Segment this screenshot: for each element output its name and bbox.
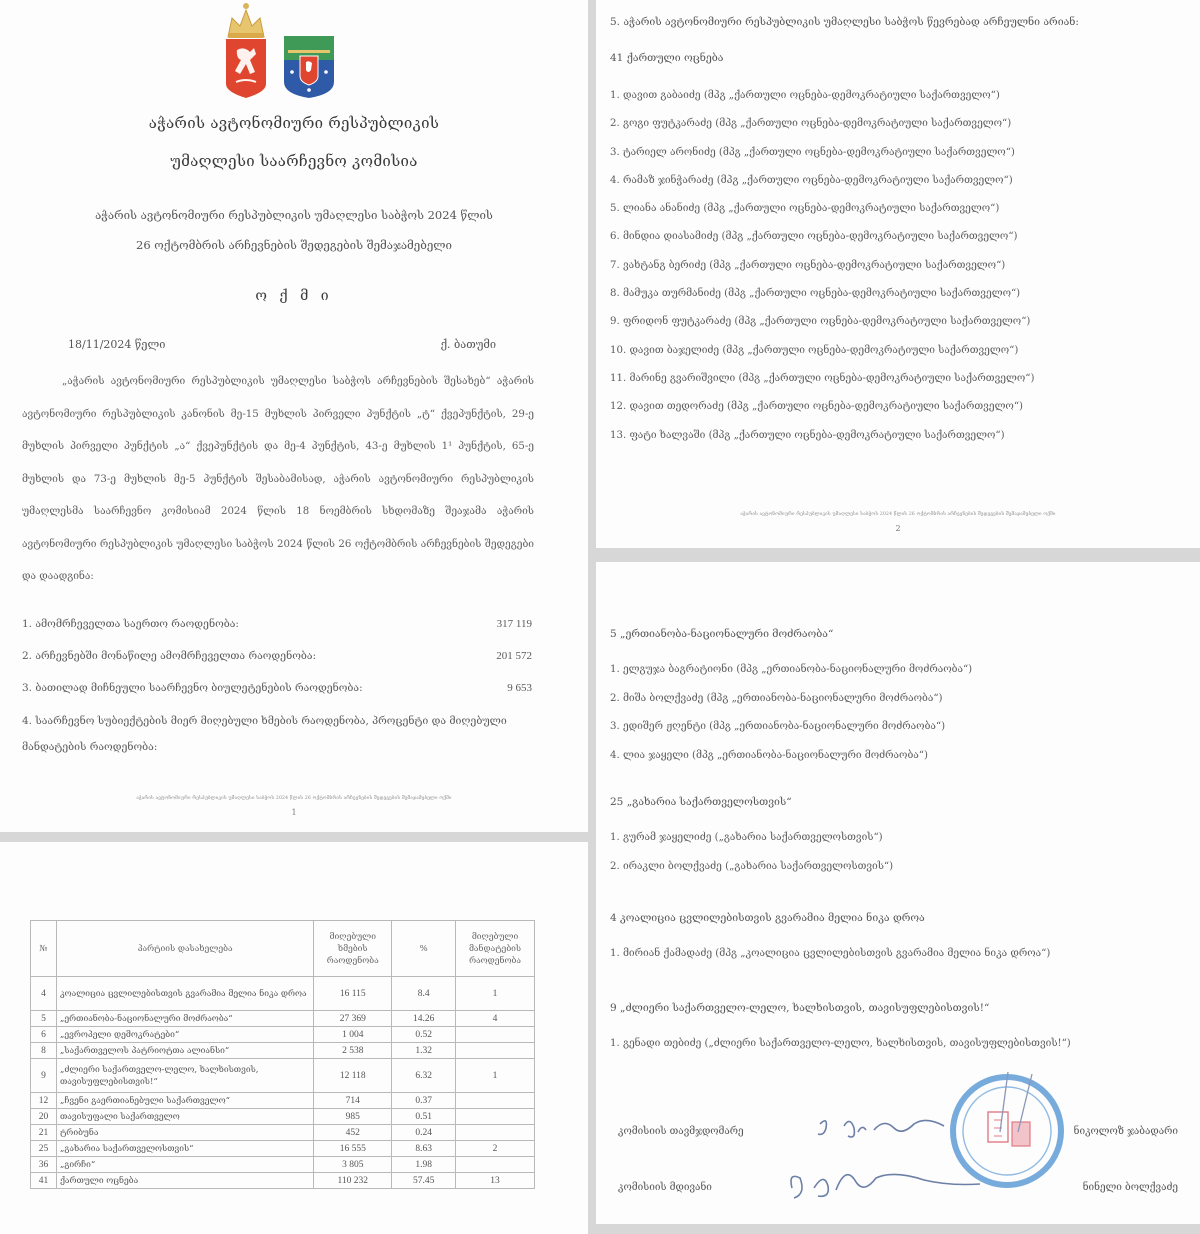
cell-number: 5 [31, 1011, 57, 1027]
table-row: 36„გირჩი“3 8051.98 [31, 1157, 535, 1173]
cell-percent: 14.26 [392, 1011, 456, 1027]
cell-votes: 1 004 [314, 1027, 392, 1043]
results-table-body: 4კოალიცია ცვლილებისთვის გვარამია მელია ნ… [31, 977, 535, 1189]
cell-mandates: 1 [456, 977, 535, 1011]
protocol-subtitle-line1: აჭარის ავტონომიური რესპუბლიკის უმაღლესი … [0, 208, 588, 222]
cell-votes: 16 115 [314, 977, 392, 1011]
candidate-item: 8. მამუკა თურმანიძე (მპგ „ქართული ოცნება… [610, 284, 1034, 312]
cell-percent: 57.45 [392, 1173, 456, 1189]
stat-label: 1. ამომრჩეველთა საერთო რაოდენობა: [22, 612, 239, 644]
stat-value: 9 653 [507, 676, 532, 708]
candidate-item: 13. ფატი ხალვაში (მპგ „ქართული ოცნება-დე… [610, 426, 1034, 454]
elected-member-list: 1. გურამ ჯაყელიძე („გახარია საქართველოსთ… [610, 828, 893, 885]
party-section-heading: 25 „გახარია საქართველოსთვის“ [610, 796, 792, 808]
cell-number: 20 [31, 1109, 57, 1125]
cell-votes: 3 805 [314, 1157, 392, 1173]
document-page-1: აჭარის ავტონომიური რესპუბლიკის უმაღლესი … [0, 0, 588, 832]
stat-label: 3. ბათილად მიჩნეული საარჩევნო ბიულეტენებ… [22, 676, 363, 708]
summary-stats: 1. ამომრჩეველთა საერთო რაოდენობა: 317 11… [22, 612, 532, 760]
table-row: 25„გახარია საქართველოსთვის“16 5558.632 [31, 1141, 535, 1157]
commission-title-line2: უმაღლესი საარჩევნო კომისია [0, 152, 588, 170]
cell-party: კოალიცია ცვლილებისთვის გვარამია მელია ნი… [56, 977, 313, 1011]
col-header-number: № [31, 921, 57, 977]
candidate-item: 5. ლიანა ანანიძე (მპგ „ქართული ოცნება-დე… [610, 199, 1034, 227]
cell-party: თავისუფალი საქართველო [56, 1109, 313, 1125]
cell-percent: 0.52 [392, 1027, 456, 1043]
document-page-3: № პარტიის დასახელება მიღებული ხმების რაო… [0, 842, 588, 1234]
elected-member-list: 1. მირიან ქამადაძე (მპგ „კოალიცია ცვლილე… [610, 944, 1050, 973]
chairman-signature-icon [814, 1110, 954, 1150]
candidate-item: 9. ფრიდონ ფუტკარაძე (მპგ „ქართული ოცნება… [610, 312, 1034, 340]
cell-mandates [456, 1157, 535, 1173]
cell-party: „გახარია საქართველოსთვის“ [56, 1141, 313, 1157]
cell-percent: 1.98 [392, 1157, 456, 1173]
page-separator-left [0, 832, 588, 842]
table-row: 5„ერთიანობა-ნაციონალური მოძრაობა“27 3691… [31, 1011, 535, 1027]
protocol-date: 18/11/2024 წელი [68, 338, 165, 351]
elected-member-list: 1. ელგუჯა ბაგრატიონი (მპგ „ერთიანობა-ნაც… [610, 660, 972, 774]
table-row: 6„ევროპელი დემოკრატები“1 0040.52 [31, 1027, 535, 1043]
table-row: 41ქართული ოცნება110 23257.4513 [31, 1173, 535, 1189]
cell-votes: 16 555 [314, 1141, 392, 1157]
candidate-item: 2. გოგი ფუტკარაძე (მპგ „ქართული ოცნება-დ… [610, 114, 1034, 142]
cell-party: „ერთიანობა-ნაციონალური მოძრაობა“ [56, 1011, 313, 1027]
cell-number: 41 [31, 1173, 57, 1189]
secretary-role-label: კომისიის მდივანი [618, 1182, 712, 1193]
cell-percent: 8.63 [392, 1141, 456, 1157]
page-footer-note: აჭარის ავტონომიური რესპუბლიკის უმაღლესი … [0, 796, 588, 801]
elected-member-item: 1. მირიან ქამადაძე (მპგ „კოალიცია ცვლილე… [610, 944, 1050, 973]
page-footer-note: აჭარის ავტონომიური რესპუბლიკის უმაღლესი … [596, 512, 1200, 517]
cell-percent: 6.32 [392, 1059, 456, 1093]
cell-party: „გირჩი“ [56, 1157, 313, 1173]
candidate-item: 12. დავით თედორაძე (მპგ „ქართული ოცნება-… [610, 397, 1034, 425]
col-header-mandates: მიღებული მანდატების რაოდენობა [456, 921, 535, 977]
protocol-subtitle-line2: 26 ოქტომბრის არჩევნების შედეგების შემაჯა… [0, 238, 588, 252]
results-table: № პარტიის დასახელება მიღებული ხმების რაო… [30, 920, 535, 1189]
cell-number: 12 [31, 1093, 57, 1109]
table-row: 21ტრიბუნა4520.24 [31, 1125, 535, 1141]
cell-number: 4 [31, 977, 57, 1011]
table-row: 9„ძლიერი საქართველო-ლელო, ხალხისთვის, თა… [31, 1059, 535, 1093]
cell-party: „ევროპელი დემოკრატები“ [56, 1027, 313, 1043]
party-section-heading: 5 „ერთიანობა-ნაციონალური მოძრაობა“ [610, 628, 833, 640]
cell-party: „საქართველოს პატრიოტთა ალიანსი“ [56, 1043, 313, 1059]
cell-mandates: 2 [456, 1141, 535, 1157]
stat-row-subject-results: 4. საარჩევნო სუბიექტების მიერ მიღებული ხ… [22, 708, 532, 760]
cell-votes: 27 369 [314, 1011, 392, 1027]
emblems [222, 0, 337, 100]
georgia-coat-of-arms-icon [226, 3, 266, 98]
cell-party: „ძლიერი საქართველო-ლელო, ხალხისთვის, თავ… [56, 1059, 313, 1093]
cell-number: 9 [31, 1059, 57, 1093]
page-number: 1 [0, 808, 588, 817]
candidate-item: 4. რამაზ ჯინჭარაძე (მპგ „ქართული ოცნება-… [610, 171, 1034, 199]
cell-votes: 12 118 [314, 1059, 392, 1093]
elected-member-item: 3. ედიშერ ჟღენტი (მპგ „ერთიანობა-ნაციონა… [610, 717, 972, 746]
candidate-item: 6. მინდია დიასამიძე (მპგ „ქართული ოცნება… [610, 227, 1034, 255]
protocol-body-text: „აჭარის ავტონომიური რესპუბლიკის უმაღლესი… [22, 366, 534, 594]
candidate-item: 7. ვახტანგ ბერიძე (მპგ „ქართული ოცნება-დ… [610, 256, 1034, 284]
stat-label: 2. არჩევნებში მონაწილე ამომრჩეველთა რაოდ… [22, 644, 316, 676]
cell-party: „ჩვენი გაერთიანებული საქართველო“ [56, 1093, 313, 1109]
cell-percent: 1.32 [392, 1043, 456, 1059]
commission-title-line1: აჭარის ავტონომიური რესპუბლიკის [0, 114, 588, 132]
table-row: 8„საქართველოს პატრიოტთა ალიანსი“2 5381.3… [31, 1043, 535, 1059]
cell-mandates [456, 1125, 535, 1141]
stat-label: 4. საარჩევნო სუბიექტების მიერ მიღებული ხ… [22, 715, 507, 753]
stat-value: 317 119 [497, 612, 532, 644]
table-row: 4კოალიცია ცვლილებისთვის გვარამია მელია ნ… [31, 977, 535, 1011]
table-header-row: № პარტიის დასახელება მიღებული ხმების რაო… [31, 921, 535, 977]
page-separator-vertical [588, 0, 596, 1234]
table-row: 20თავისუფალი საქართველო9850.51 [31, 1109, 535, 1125]
document-page-4: 5 „ერთიანობა-ნაციონალური მოძრაობა“1. ელგ… [596, 562, 1200, 1224]
elected-member-item: 4. ლია ჯაყელი (მპგ „ერთიანობა-ნაციონალურ… [610, 746, 972, 775]
cell-party: ქართული ოცნება [56, 1173, 313, 1189]
cell-mandates: 1 [456, 1059, 535, 1093]
secretary-name: ნინელი ბოლქვაძე [1083, 1182, 1178, 1193]
party-section-heading: 9 „ძლიერი საქართველო-ლელო, ხალხისთვის, თ… [610, 1002, 989, 1014]
candidate-item: 11. მარინე გვარიშვილი (მპგ „ქართული ოცნე… [610, 369, 1034, 397]
chairman-role-label: კომისიის თავმჯდომარე [618, 1126, 744, 1137]
stat-row-invalid-ballots: 3. ბათილად მიჩნეული საარჩევნო ბიულეტენებ… [22, 676, 532, 708]
cell-votes: 985 [314, 1109, 392, 1125]
cell-number: 8 [31, 1043, 57, 1059]
stat-row-total-voters: 1. ამომრჩეველთა საერთო რაოდენობა: 317 11… [22, 612, 532, 644]
order-title: ო ქ მ ი [0, 288, 588, 304]
cell-number: 6 [31, 1027, 57, 1043]
cell-party: ტრიბუნა [56, 1125, 313, 1141]
cell-mandates: 4 [456, 1011, 535, 1027]
commission-round-stamp-icon [948, 1072, 1066, 1190]
candidate-item: 3. ტარიელ არონიძე (მპგ „ქართული ოცნება-დ… [610, 143, 1034, 171]
candidate-list: 1. დავით გაბაიძე (მპგ „ქართული ოცნება-დე… [610, 86, 1034, 454]
cell-number: 21 [31, 1125, 57, 1141]
document-page-2: 5. აჭარის ავტონომიური რესპუბლიკის უმაღლე… [596, 0, 1200, 548]
stat-row-participating-voters: 2. არჩევნებში მონაწილე ამომრჩეველთა რაოდ… [22, 644, 532, 676]
elected-member-item: 2. მიშა ბოლქვაძე (მპგ „ერთიანობა-ნაციონა… [610, 689, 972, 718]
page-separator-right [596, 548, 1200, 562]
candidate-item: 1. დავით გაბაიძე (მპგ „ქართული ოცნება-დე… [610, 86, 1034, 114]
elected-member-item: 1. გურამ ჯაყელიძე („გახარია საქართველოსთ… [610, 828, 893, 857]
cell-mandates [456, 1093, 535, 1109]
cell-mandates [456, 1043, 535, 1059]
party-heading: 41 ქართული ოცნება [610, 52, 723, 64]
table-row: 12„ჩვენი გაერთიანებული საქართველო“7140.3… [31, 1093, 535, 1109]
elected-member-item: 2. ირაკლი ბოლქვაძე („გახარია საქართველოს… [610, 857, 893, 886]
adjara-coat-of-arms-icon [284, 36, 334, 98]
chairman-name: ნიკოლოზ ჯაბადარი [1074, 1126, 1178, 1137]
col-header-party: პარტიის დასახელება [56, 921, 313, 977]
coat-of-arms-icons [222, 0, 337, 100]
cell-mandates: 13 [456, 1173, 535, 1189]
col-header-votes: მიღებული ხმების რაოდენობა [314, 921, 392, 977]
candidate-item: 10. დავით ბაჯელიძე (მპგ „ქართული ოცნება-… [610, 341, 1034, 369]
party-section-heading: 4 კოალიცია ცვლილებისთვის გვარამია მელია … [610, 912, 925, 924]
cell-votes: 452 [314, 1125, 392, 1141]
page-number: 2 [596, 524, 1200, 533]
elected-member-list: 1. გენადი თებიძე („ძლიერი საქართველო-ლელ… [610, 1034, 1071, 1063]
protocol-place: ქ. ბათუმი [441, 338, 496, 351]
cell-percent: 0.51 [392, 1109, 456, 1125]
cell-mandates [456, 1109, 535, 1125]
cell-mandates [456, 1027, 535, 1043]
cell-votes: 110 232 [314, 1173, 392, 1189]
stat-value: 201 572 [496, 644, 532, 676]
elected-member-item: 1. ელგუჯა ბაგრატიონი (მპგ „ერთიანობა-ნაც… [610, 660, 972, 689]
cell-percent: 8.4 [392, 977, 456, 1011]
cell-number: 25 [31, 1141, 57, 1157]
cell-number: 36 [31, 1157, 57, 1173]
cell-percent: 0.37 [392, 1093, 456, 1109]
cell-votes: 714 [314, 1093, 392, 1109]
elected-member-item: 1. გენადი თებიძე („ძლიერი საქართველო-ლელ… [610, 1034, 1071, 1063]
col-header-percent: % [392, 921, 456, 977]
cell-votes: 2 538 [314, 1043, 392, 1059]
cell-percent: 0.24 [392, 1125, 456, 1141]
elected-members-heading: 5. აჭარის ავტონომიური რესპუბლიკის უმაღლე… [610, 16, 1079, 28]
page-separator-bottom [596, 1224, 1200, 1234]
